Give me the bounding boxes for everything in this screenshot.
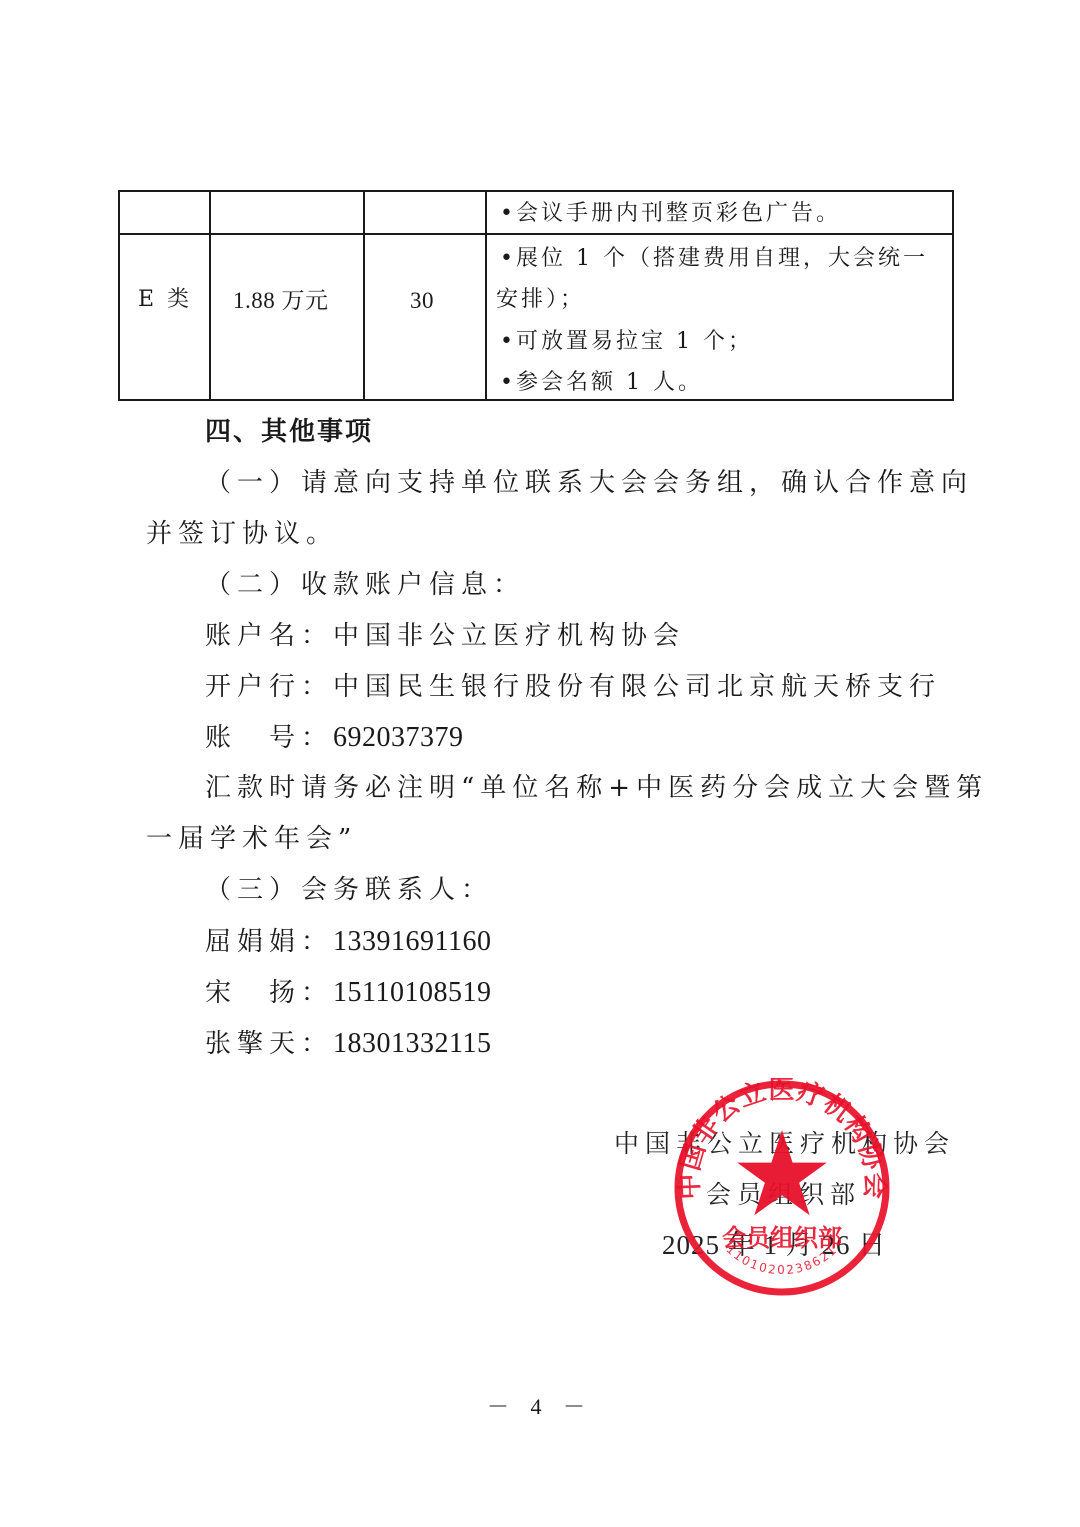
signature-org: 中国非公立医疗机构协会	[614, 1131, 955, 1156]
contact-phone: 13391691160	[333, 926, 491, 957]
bank-row: 开户行：中国民生银行股份有限公司北京航天桥支行	[205, 674, 941, 700]
account-name-label: 账户名：	[205, 621, 333, 651]
contact-phone: 18301332115	[333, 1028, 491, 1059]
table-col-divider	[209, 190, 211, 401]
account-name-value: 中国非公立医疗机构协会	[333, 621, 685, 651]
table-cell-quantity: 30	[410, 289, 434, 312]
account-number-value: 692037379	[333, 722, 464, 753]
contact-row: 宋 扬：15110108519	[205, 979, 491, 1007]
account-number-label: 账 号：	[205, 723, 333, 753]
contact-phone: 15110108519	[333, 977, 491, 1008]
item1-text: （一）请意向支持单位联系大会会务组，确认合作意向	[205, 470, 973, 496]
contact-name: 宋 扬：	[205, 978, 333, 1008]
contact-name: 屈娟娟：	[205, 927, 333, 957]
table-cell-benefit: •会议手册内刊整页彩色广告。	[500, 203, 841, 225]
table-row-divider	[118, 233, 954, 235]
account-name-row: 账户名：中国非公立医疗机构协会	[205, 623, 685, 649]
table-border-bottom	[118, 399, 954, 401]
account-number-row: 账 号：692037379	[205, 724, 464, 752]
table-border-top	[118, 190, 954, 192]
sponsorship-table: •会议手册内刊整页彩色广告。 E 类 1.88 万元 30 •展位 1 个（搭建…	[118, 190, 954, 401]
signature-dept: 会员组织部	[706, 1182, 861, 1207]
signature-date: 2025 年 1 月 26 日	[662, 1232, 886, 1259]
contact-row: 张擎天：18301332115	[205, 1030, 491, 1058]
table-border-left	[118, 190, 120, 401]
remit-note-cont: 一届学术年会”	[146, 826, 357, 852]
item2-title: （二）收款账户信息：	[205, 572, 525, 598]
table-cell-benefit: •参会名额 1 人。	[500, 372, 703, 394]
bank-label: 开户行：	[205, 672, 333, 702]
contact-name: 张擎天：	[205, 1029, 333, 1059]
section-heading: 四、其他事项	[205, 419, 373, 445]
table-col-divider	[363, 190, 365, 401]
table-col-divider	[485, 190, 487, 401]
page-number: － 4 －	[0, 1390, 1080, 1421]
table-cell-benefit: •可放置易拉宝 1 个；	[500, 331, 753, 353]
table-cell-benefit: •展位 1 个（搭建费用自理，大会统一	[500, 248, 928, 270]
contact-row: 屈娟娟：13391691160	[205, 928, 491, 956]
item3-title: （三）会务联系人：	[205, 877, 493, 903]
item1-text-cont: 并签订协议。	[146, 521, 338, 547]
table-cell-price: 1.88 万元	[233, 289, 329, 312]
table-cell-category: E 类	[138, 289, 192, 311]
table-border-right	[952, 190, 954, 401]
bank-value: 中国民生银行股份有限公司北京航天桥支行	[333, 672, 941, 702]
table-cell-benefit: 安排）；	[496, 289, 585, 311]
remit-note: 汇款时请务必注明“单位名称+中医药分会成立大会暨第	[205, 775, 988, 801]
